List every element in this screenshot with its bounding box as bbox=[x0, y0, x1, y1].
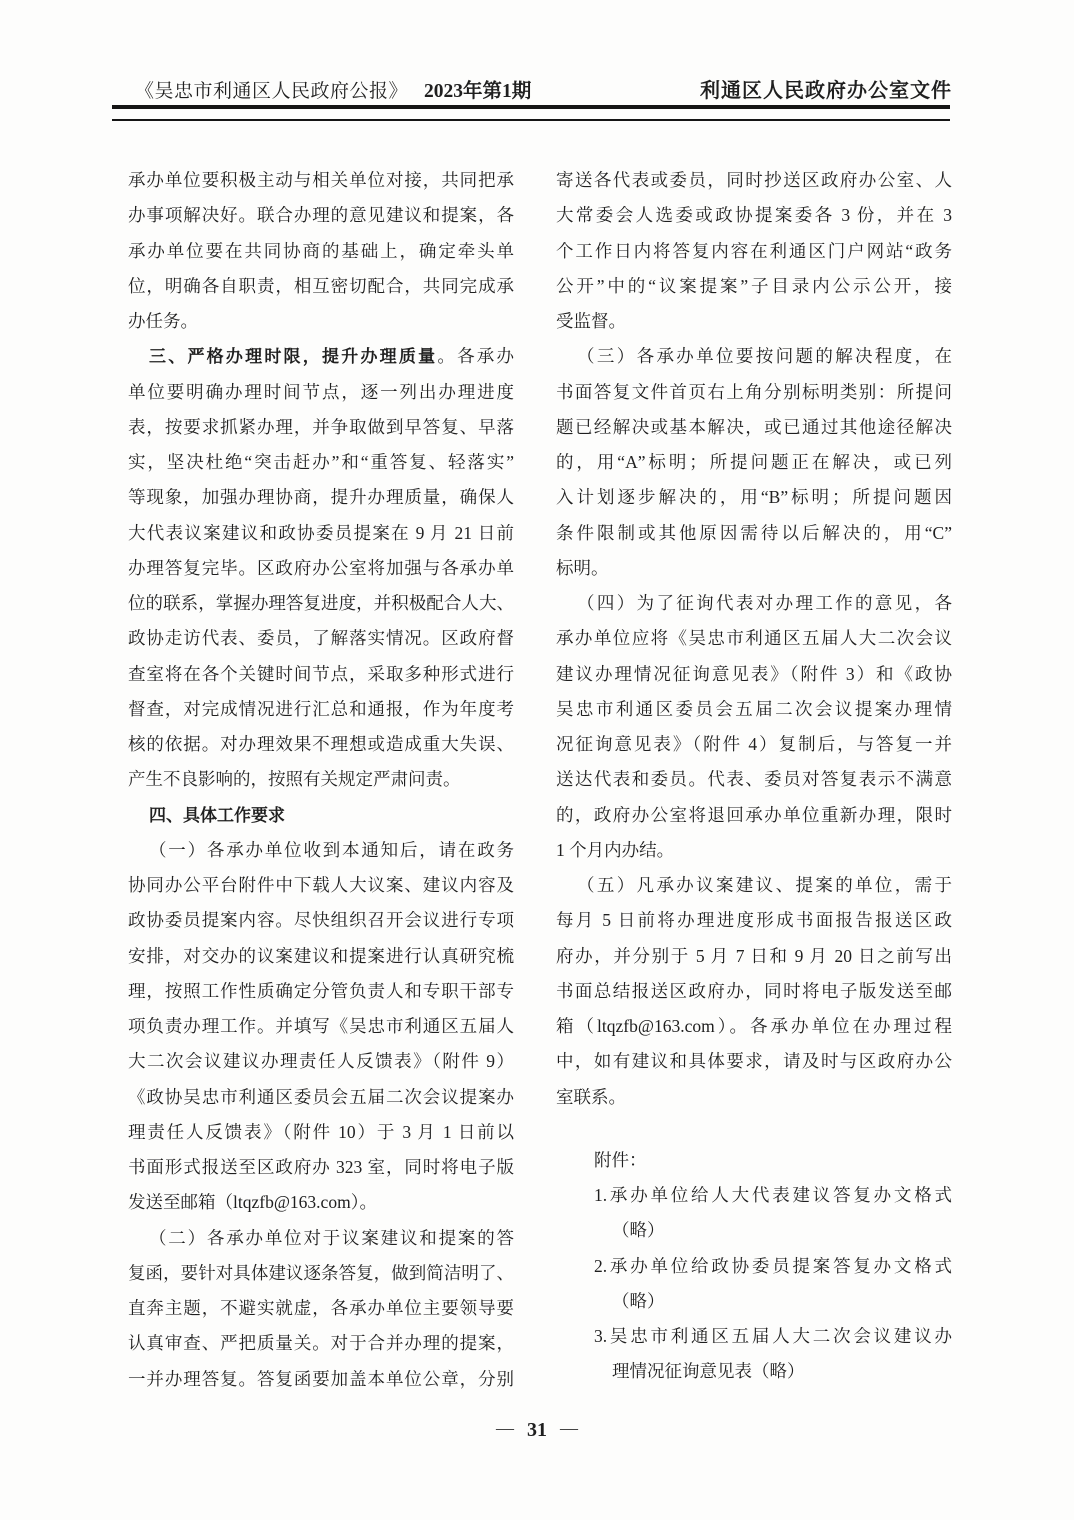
text-line: 直奔主题，不避实就虚，各承办单位主要领导要 bbox=[128, 1291, 514, 1326]
text-line: 办事项解决好。联合办理的意见建议和提案，各 bbox=[128, 198, 514, 233]
text-line: 项负责办理工作。并填写《吴忠市利通区五届人 bbox=[128, 1009, 514, 1044]
office-file-label: 利通区人民政府办公室文件 bbox=[700, 74, 952, 103]
text-line: 府办，并分别于 5 月 7 日和 9 月 20 日之前写出 bbox=[556, 939, 952, 974]
text-line: 表，按要求抓紧办理，并争取做到早答复、早落 bbox=[128, 410, 514, 445]
text-line: 《政协吴忠市利通区委员会五届二次会议提案办 bbox=[128, 1080, 514, 1115]
text-line: 位，明确各自职责，相互密切配合，共同完成承 bbox=[128, 269, 514, 304]
text-line: 寄送各代表或委员，同时抄送区政府办公室、人 bbox=[556, 163, 952, 198]
text-line: 的，用“A”标明；所提问题正在解决，或已列 bbox=[556, 445, 952, 480]
text-line: 3.吴忠市利通区五届人大二次会议建议办 bbox=[556, 1319, 952, 1354]
footer-right-dash: — bbox=[560, 1418, 578, 1439]
gazette-page: 《吴忠市利通区人民政府公报》 2023年第1期 利通区人民政府办公室文件 承办单… bbox=[0, 0, 1074, 1520]
text-line: 认真审查、严把质量关。对于合并办理的提案， bbox=[128, 1326, 514, 1361]
text-line: 室联系。 bbox=[556, 1080, 952, 1115]
text-line: 书面总结报送区政府办，同时将电子版发送至邮 bbox=[556, 974, 952, 1009]
text-line: 大二次会议建议办理责任人反馈表》（附件 9） bbox=[128, 1044, 514, 1079]
text-line: 核的依据。对办理效果不理想或造成重大失误、 bbox=[128, 727, 514, 762]
text-line: 中，如有建议和具体要求，请及时与区政府办公 bbox=[556, 1044, 952, 1079]
text-line: 题已经解决或基本解决，或已通过其他途径解决 bbox=[556, 410, 952, 445]
header-double-rule bbox=[112, 105, 950, 121]
text-line: （五）凡承办议案建议、提案的单位，需于 bbox=[556, 868, 952, 903]
text-line: 产生不良影响的，按照有关规定严肃问责。 bbox=[128, 762, 514, 797]
page-header: 《吴忠市利通区人民政府公报》 2023年第1期 利通区人民政府办公室文件 bbox=[135, 74, 952, 103]
section-heading: 三、严格办理时限，提升办理质量 bbox=[149, 347, 437, 366]
text-line: 吴忠市利通区委员会五届二次会议提案办理情 bbox=[556, 692, 952, 727]
text-line: （略） bbox=[556, 1213, 952, 1248]
text-line: 公开”中的“议案提案”子目录内公示公开，接 bbox=[556, 269, 952, 304]
text-line: 复函，要针对具体建议逐条答复，做到简洁明了、 bbox=[128, 1256, 514, 1291]
text-line: 等现象，加强办理协商，提升办理质量，确保人 bbox=[128, 480, 514, 515]
text-line: 条件限制或其他原因需待以后解决的，用“C” bbox=[556, 516, 952, 551]
text-line: 位的联系，掌握办理答复进度，并积极配合人大、 bbox=[128, 586, 514, 621]
text-line: 标明。 bbox=[556, 551, 952, 586]
text-line: 理，按照工作性质确定分管负责人和专职干部专 bbox=[128, 974, 514, 1009]
footer-left-dash: — bbox=[496, 1418, 514, 1439]
text-line: 1.承办单位给人大代表建议答复办文格式 bbox=[556, 1178, 952, 1213]
text-line: 受监督。 bbox=[556, 304, 952, 339]
section-heading: 四、具体工作要求 bbox=[149, 806, 285, 825]
text-line: 办理答复完毕。区政府办公室将加强与各承办单 bbox=[128, 551, 514, 586]
text-line: 个工作日内将答复内容在利通区门户网站“政务 bbox=[556, 234, 952, 269]
left-column: 承办单位要积极主动与相关单位对接，共同把承办事项解决好。联合办理的意见建议和提案… bbox=[128, 163, 514, 1397]
text-line: 安排，对交办的议案建议和提案进行认真研究梳 bbox=[128, 939, 514, 974]
text-line: 送达代表和委员。代表、委员对答复表示不满意 bbox=[556, 762, 952, 797]
text-line: （略） bbox=[556, 1284, 952, 1319]
text-line: 理责任人反馈表》（附件 10）于 3 月 1 日前以 bbox=[128, 1115, 514, 1150]
right-column: 寄送各代表或委员，同时抄送区政府办公室、人大常委会人选委或政协提案委各 3 份，… bbox=[556, 163, 952, 1390]
text-line: 单位要明确办理时间节点，逐一列出办理进度 bbox=[128, 375, 514, 410]
text-line: 承办单位应将《吴忠市利通区五届人大二次会议 bbox=[556, 621, 952, 656]
text-line: 大代表议案建议和政协委员提案在 9 月 21 日前 bbox=[128, 516, 514, 551]
text-line: 建议办理情况征询意见表》（附件 3）和《政协 bbox=[556, 657, 952, 692]
text-line: 承办单位要在共同协商的基础上，确定牵头单 bbox=[128, 234, 514, 269]
issue-label: 2023年第1期 bbox=[424, 75, 531, 103]
text-line: 协同办公平台附件中下载人大议案、建议内容及 bbox=[128, 868, 514, 903]
text-line: 附件： bbox=[556, 1143, 952, 1178]
column-gap bbox=[556, 1115, 952, 1143]
text-line: 一并办理答复。答复函要加盖本单位公章，分别 bbox=[128, 1362, 514, 1397]
text-line: （三）各承办单位要按问题的解决程度，在 bbox=[556, 339, 952, 374]
text-line: 办任务。 bbox=[128, 304, 514, 339]
gazette-title: 《吴忠市利通区人民政府公报》 bbox=[135, 76, 408, 103]
text-line: 每月 5 日前将办理进度形成书面报告报送区政 bbox=[556, 903, 952, 938]
text-line: （一）各承办单位收到本通知后，请在政务 bbox=[128, 833, 514, 868]
text-line: 政协委员提案内容。尽快组织召开会议进行专项 bbox=[128, 903, 514, 938]
text-line: （二）各承办单位对于议案建议和提案的答 bbox=[128, 1221, 514, 1256]
text-line: 督查，对完成情况进行汇总和通报，作为年度考 bbox=[128, 692, 514, 727]
text-line: 三、严格办理时限，提升办理质量。各承办 bbox=[128, 339, 514, 374]
text-line: 书面答复文件首页右上角分别标明类别：所提问 bbox=[556, 375, 952, 410]
text-line: 2.承办单位给政协委员提案答复办文格式 bbox=[556, 1249, 952, 1284]
text-line: 承办单位要积极主动与相关单位对接，共同把承 bbox=[128, 163, 514, 198]
text-line: 入计划逐步解决的，用“B”标明；所提问题因 bbox=[556, 480, 952, 515]
text-line: 1 个月内办结。 bbox=[556, 833, 952, 868]
text-line: 理情况征询意见表（略） bbox=[556, 1354, 952, 1389]
text-line: 箱（ltqzfb@163.com）。各承办单位在办理过程 bbox=[556, 1009, 952, 1044]
text-line: 书面形式报送至区政府办 323 室，同时将电子版 bbox=[128, 1150, 514, 1185]
text-line: 四、具体工作要求 bbox=[128, 798, 514, 833]
text-line: 查室将在各个关键时间节点，采取多种形式进行 bbox=[128, 657, 514, 692]
text-line: （四）为了征询代表对办理工作的意见，各 bbox=[556, 586, 952, 621]
text-line: 的，政府办公室将退回承办单位重新办理，限时 bbox=[556, 798, 952, 833]
text-line: 况征询意见表》（附件 4）复制后，与答复一并 bbox=[556, 727, 952, 762]
text-line: 大常委会人选委或政协提案委各 3 份，并在 3 bbox=[556, 198, 952, 233]
text-line: 实，坚决杜绝“突击赶办”和“重答复、轻落实” bbox=[128, 445, 514, 480]
page-number: 31 bbox=[527, 1419, 547, 1441]
text-line: 政协走访代表、委员，了解落实情况。区政府督 bbox=[128, 621, 514, 656]
text-line: 发送至邮箱（ltqzfb@163.com）。 bbox=[128, 1185, 514, 1220]
page-footer: —31— bbox=[0, 1419, 1074, 1442]
